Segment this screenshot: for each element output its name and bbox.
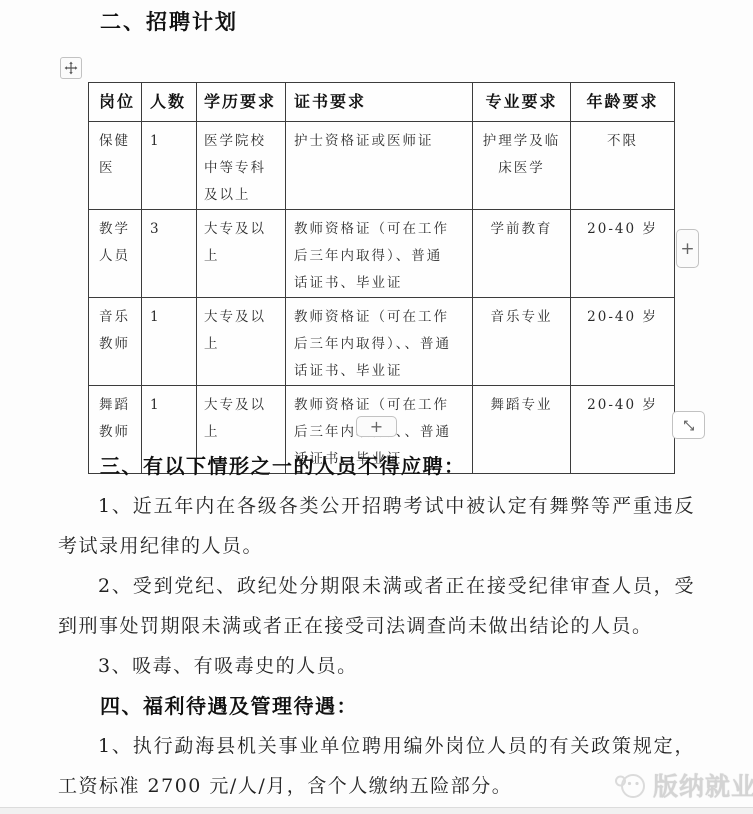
section4-title: 四、福利待遇及管理待遇： — [58, 686, 695, 726]
section3-item-2: 2、受到党纪、政纪处分期限未满或者正在接受纪律审查人员，受到刑事处罚期限未满或者… — [58, 566, 695, 646]
cell-certificate: 护士资格证或医师证 — [286, 122, 473, 210]
cell-education: 大专及以上 — [197, 298, 286, 386]
move-icon — [64, 61, 78, 75]
plus-icon: + — [680, 239, 694, 259]
cell-age: 20-40 岁 — [571, 298, 675, 386]
section4-item-1: 1、执行勐海县机关事业单位聘用编外岗位人员的有关政策规定，工资标准 2700 元… — [58, 726, 695, 806]
cell-certificate: 教师资格证（可在工作后三年内取得）、普通话证书、毕业证 — [286, 210, 473, 298]
cell-headcount: 3 — [142, 210, 197, 298]
bottom-strip — [0, 807, 753, 814]
document-page: 二、招聘计划 岗位 人数 学历要求 证书要求 专业要求 年龄要求 保健医 — [0, 0, 753, 814]
cell-education: 大专及以上 — [197, 210, 286, 298]
cell-position: 音乐教师 — [89, 298, 142, 386]
header-headcount: 人数 — [142, 83, 197, 122]
header-education: 学历要求 — [197, 83, 286, 122]
table-move-handle[interactable] — [60, 57, 82, 79]
cell-age: 不限 — [571, 122, 675, 210]
cell-major: 学前教育 — [473, 210, 571, 298]
cell-certificate: 教师资格证（可在工作后三年内取得）、、普通话证书、毕业证 — [286, 298, 473, 386]
table-row: 教学人员 3 大专及以上 教师资格证（可在工作后三年内取得）、普通话证书、毕业证… — [89, 210, 675, 298]
header-age: 年龄要求 — [571, 83, 675, 122]
section3-item-1: 1、近五年内在各级各类公开招聘考试中被认定有舞弊等严重违反考试录用纪律的人员。 — [58, 486, 695, 566]
cell-headcount: 1 — [142, 122, 197, 210]
resize-diagonal-icon — [681, 418, 697, 433]
add-row-button[interactable]: + — [356, 416, 397, 437]
header-certificate: 证书要求 — [286, 83, 473, 122]
document-body: 三、有以下情形之一的人员不得应聘： 1、近五年内在各级各类公开招聘考试中被认定有… — [58, 446, 695, 806]
table-row: 音乐教师 1 大专及以上 教师资格证（可在工作后三年内取得）、、普通话证书、毕业… — [89, 298, 675, 386]
table-resize-handle[interactable] — [672, 411, 705, 439]
section3-title: 三、有以下情形之一的人员不得应聘： — [58, 446, 695, 486]
table-header-row: 岗位 人数 学历要求 证书要求 专业要求 年龄要求 — [89, 83, 675, 122]
cell-education: 医学院校中等专科及以上 — [197, 122, 286, 210]
header-major: 专业要求 — [473, 83, 571, 122]
cell-major: 护理学及临床医学 — [473, 122, 571, 210]
section2-title: 二、招聘计划 — [100, 6, 238, 36]
add-column-button[interactable]: + — [676, 229, 699, 268]
cell-major: 音乐专业 — [473, 298, 571, 386]
cell-age: 20-40 岁 — [571, 210, 675, 298]
section3-item-3: 3、吸毒、有吸毒史的人员。 — [58, 646, 695, 686]
cell-position: 教学人员 — [89, 210, 142, 298]
plus-icon: + — [370, 417, 383, 436]
table-row: 保健医 1 医学院校中等专科及以上 护士资格证或医师证 护理学及临床医学 不限 — [89, 122, 675, 210]
cell-headcount: 1 — [142, 298, 197, 386]
header-position: 岗位 — [89, 83, 142, 122]
cell-position: 保健医 — [89, 122, 142, 210]
